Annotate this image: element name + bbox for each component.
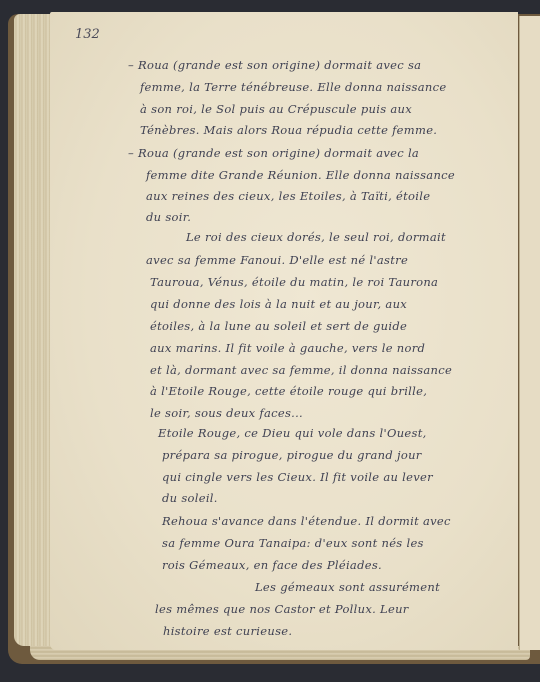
text-line: Rehoua s'avance dans l'étendue. Il dormi… [162, 514, 451, 528]
text-line: aux reines des cieux, les Etoiles, à Taï… [146, 189, 430, 203]
text-line: aux marins. Il fit voile à gauche, vers … [150, 341, 425, 355]
text-line: sa femme Oura Tanaipa: d'eux sont nés le… [162, 536, 424, 550]
text-line: à l'Etoile Rouge, cette étoile rouge qui… [150, 384, 427, 398]
text-line: qui cingle vers les Cieux. Il fit voile … [162, 470, 433, 484]
text-line: femme dite Grande Réunion. Elle donna na… [146, 168, 455, 182]
text-line: du soir. [146, 210, 191, 224]
text-line: les mêmes que nos Castor et Pollux. Leur [155, 602, 409, 616]
text-line: étoiles, à la lune au soleil et sert de … [150, 319, 407, 333]
text-line: rois Gémeaux, en face des Pléiades. [162, 558, 382, 572]
text-line: Les gémeaux sont assurément [255, 580, 440, 594]
text-line: – Roua (grande est son origine) dormait … [128, 58, 421, 72]
text-line: Etoile Rouge, ce Dieu qui vole dans l'Ou… [158, 426, 427, 440]
text-line: Tauroua, Vénus, étoile du matin, le roi … [150, 275, 438, 289]
text-line: Ténèbres. Mais alors Roua répudia cette … [140, 123, 437, 137]
text-line: Le roi des cieux dorés, le seul roi, dor… [186, 230, 446, 244]
text-line: histoire est curieuse. [163, 624, 292, 638]
text-line: prépara sa pirogue, pirogue du grand jou… [162, 448, 422, 462]
text-line: – Roua (grande est son origine) dormait … [128, 146, 419, 160]
text-line: qui donne des lois à la nuit et au jour,… [150, 297, 407, 311]
manuscript-text: – Roua (grande est son origine) dormait … [0, 0, 540, 682]
text-line: avec sa femme Fanoui. D'elle est né l'as… [146, 253, 408, 267]
text-line: à son roi, le Sol puis au Crépuscule pui… [140, 102, 412, 116]
text-line: le soir, sous deux faces... [150, 406, 303, 420]
text-line: et là, dormant avec sa femme, il donna n… [150, 363, 452, 377]
text-line: du soleil. [162, 491, 218, 505]
text-line: femme, la Terre ténébreuse. Elle donna n… [140, 80, 446, 94]
